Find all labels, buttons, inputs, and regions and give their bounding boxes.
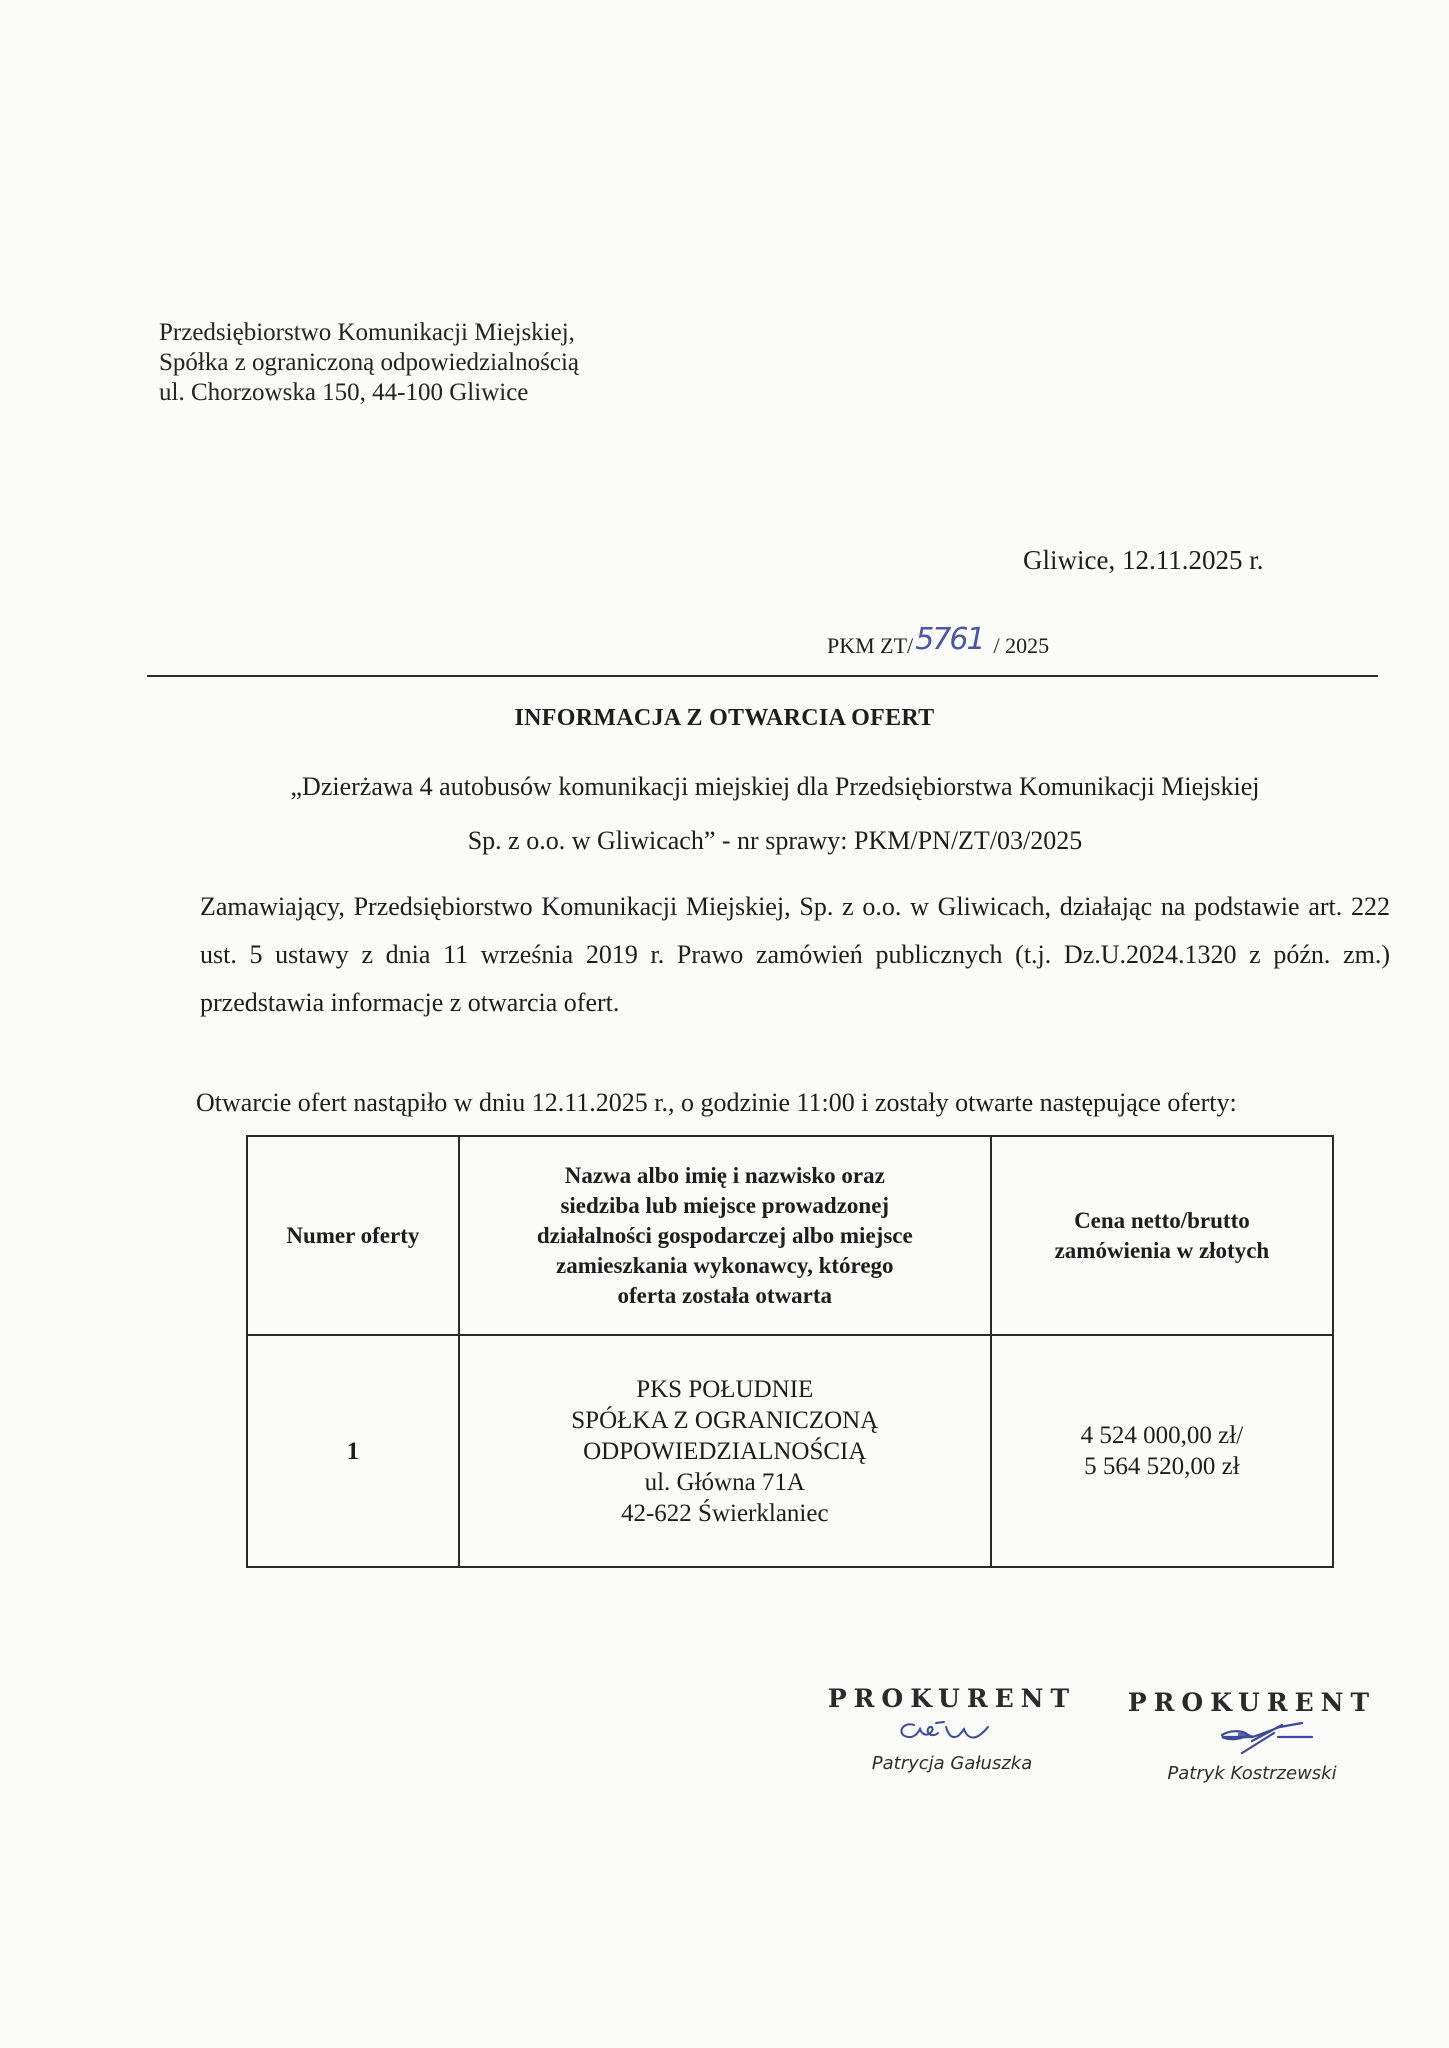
header-text-line: zamówienia w złotych [1000, 1236, 1324, 1266]
letterhead-address: ul. Chorzowska 150, 44-100 Gliwice [159, 378, 579, 408]
reference-suffix: / 2025 [994, 633, 1050, 659]
handwritten-signature-icon [892, 1715, 1012, 1749]
body-paragraph: Zamawiający, Przedsiębiorstwo Komunikacj… [200, 883, 1390, 1027]
handwritten-signature-icon [1182, 1719, 1322, 1759]
signature-stamp-1: PROKURENT Patrycja Gałuszka [812, 1684, 1092, 1774]
offer-number-cell: 1 [247, 1335, 459, 1567]
reference-number: PKM ZT/ 5761 / 2025 [827, 626, 1049, 661]
header-text-line: działalności gospodarczej albo miejsce [468, 1221, 982, 1251]
stamp-title: PROKURENT [812, 1684, 1092, 1713]
header-text-line: siedziba lub miejsce prowadzonej [468, 1191, 982, 1221]
header-text-line: oferta została otwarta [468, 1281, 982, 1311]
header-offer-number: Numer oferty [247, 1136, 459, 1335]
contractor-line: PKS POŁUDNIE [468, 1374, 982, 1405]
contractor-cell: PKS POŁUDNIESPÓŁKA Z OGRANICZONĄODPOWIED… [459, 1335, 991, 1567]
letterhead: Przedsiębiorstwo Komunikacji Miejskiej, … [159, 318, 579, 408]
contractor-line: ul. Główna 71A [468, 1467, 982, 1498]
header-text-line: zamieszkania wykonawcy, którego [468, 1251, 982, 1281]
contractor-line: 42-622 Świerklaniec [468, 1498, 982, 1529]
reference-prefix: PKM ZT/ [827, 633, 913, 659]
price-line: 4 524 000,00 zł/ [1000, 1420, 1324, 1451]
header-price: Cena netto/bruttozamówienia w złotych [991, 1136, 1333, 1335]
stamp-title: PROKURENT [1112, 1688, 1392, 1717]
price-cell: 4 524 000,00 zł/5 564 520,00 zł [991, 1335, 1333, 1567]
horizontal-rule [147, 675, 1378, 677]
contractor-line: SPÓŁKA Z OGRANICZONĄ [468, 1405, 982, 1436]
price-line: 5 564 520,00 zł [1000, 1451, 1324, 1482]
document-date: Gliwice, 12.11.2025 r. [1023, 545, 1263, 576]
subject-line-2: Sp. z o.o. w Gliwicach” - nr sprawy: PKM… [150, 814, 1400, 868]
procurement-subject: „Dzierżawa 4 autobusów komunikacji miejs… [150, 760, 1400, 868]
contractor-line: ODPOWIEDZIALNOŚCIĄ [468, 1436, 982, 1467]
subject-line-1: „Dzierżawa 4 autobusów komunikacji miejs… [150, 760, 1400, 814]
header-text-line: Nazwa albo imię i nazwisko oraz [468, 1161, 982, 1191]
table-header-row: Numer oferty Nazwa albo imię i nazwisko … [247, 1136, 1333, 1335]
header-text-line: Cena netto/brutto [1000, 1206, 1324, 1236]
letterhead-company-form: Spółka z ograniczoną odpowiedzialnością [159, 348, 579, 378]
table-row: 1PKS POŁUDNIESPÓŁKA Z OGRANICZONĄODPOWIE… [247, 1335, 1333, 1567]
signatory-name: Patryk Kostrzewski [1112, 1763, 1392, 1784]
header-text-line: Numer oferty [256, 1221, 450, 1251]
document-title: INFORMACJA Z OTWARCIA OFERT [0, 705, 1449, 732]
letterhead-company-name: Przedsiębiorstwo Komunikacji Miejskiej, [159, 318, 579, 348]
signatory-name: Patrycja Gałuszka [812, 1753, 1092, 1774]
signature-stamp-2: PROKURENT Patryk Kostrzewski [1112, 1688, 1392, 1784]
offers-table: Numer oferty Nazwa albo imię i nazwisko … [246, 1135, 1334, 1568]
reference-handwritten-number: 5761 [915, 622, 983, 657]
header-contractor: Nazwa albo imię i nazwisko orazsiedziba … [459, 1136, 991, 1335]
opening-statement: Otwarcie ofert nastąpiło w dniu 12.11.20… [196, 1088, 1237, 1118]
